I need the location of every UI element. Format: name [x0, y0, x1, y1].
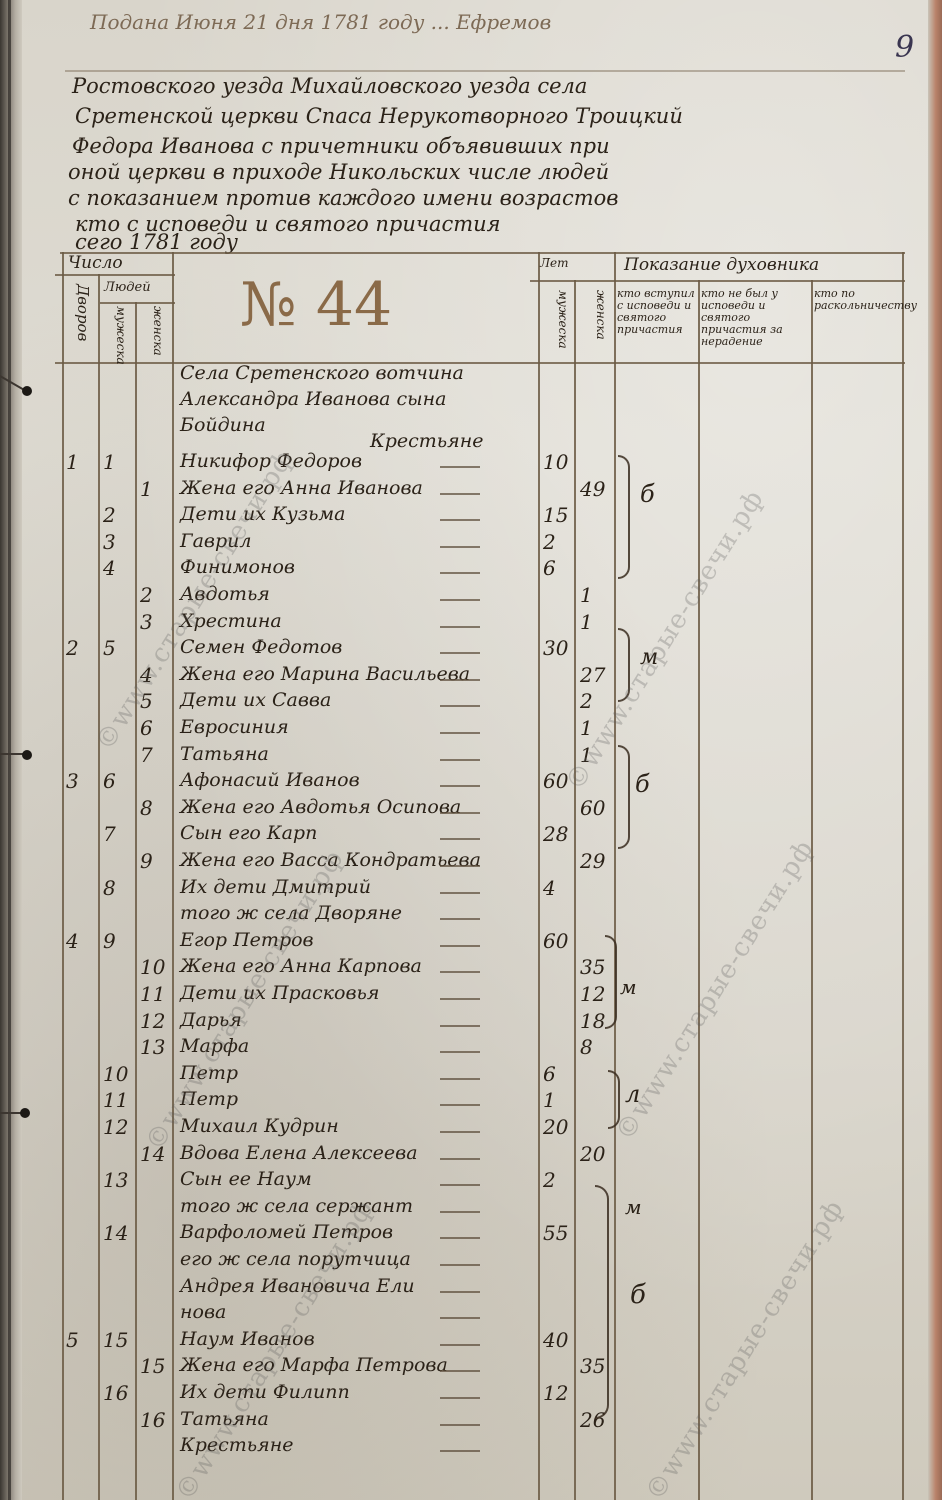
filler-dash — [440, 1397, 480, 1399]
filler-dash — [440, 679, 480, 681]
filler-dash — [440, 732, 480, 734]
header-let-m: мужеска — [556, 290, 570, 349]
bracket-mark: б — [630, 1280, 646, 1310]
filler-dash — [440, 652, 480, 654]
female-count: 9 — [140, 849, 153, 873]
filler-dash — [440, 1025, 480, 1027]
filler-dash — [440, 918, 480, 920]
dvor-number: 5 — [66, 1328, 79, 1352]
filler-dash — [440, 599, 480, 601]
age-male: 30 — [543, 636, 568, 660]
header-chislo: Число — [68, 253, 123, 273]
column-border — [811, 280, 813, 1500]
filler-dash — [440, 812, 480, 814]
filler-dash — [440, 1317, 480, 1319]
filler-dash — [440, 1211, 480, 1213]
header-dvorov: Дворов — [74, 284, 92, 341]
male-count: 6 — [103, 769, 116, 793]
dvor-number: 1 — [66, 450, 79, 474]
person-name: Дети их Прасковья — [180, 982, 379, 1004]
binding-hole — [22, 386, 32, 396]
filler-dash — [440, 1344, 480, 1346]
filler-dash — [440, 1424, 480, 1426]
age-female: 35 — [580, 955, 605, 979]
table-rule — [55, 274, 175, 276]
header-pokazanie: Показание духовника — [624, 255, 819, 275]
filler-dash — [440, 971, 480, 973]
age-male: 6 — [543, 556, 556, 580]
age-female: 20 — [580, 1142, 605, 1166]
age-female: 29 — [580, 849, 605, 873]
header-line: Ростовского уезда Михайловского уезда се… — [72, 74, 587, 98]
filler-dash — [440, 546, 480, 548]
header-zhenska: женска — [151, 306, 165, 356]
person-name: Вдова Елена Алексеева — [180, 1142, 418, 1164]
dvor-number: 4 — [66, 929, 79, 953]
age-female: 2 — [580, 689, 593, 713]
dvor-number: 2 — [66, 636, 79, 660]
book-spine — [0, 0, 22, 1500]
filler-dash — [440, 1078, 480, 1080]
watermark: ©www.старые-свечи.рф — [640, 1195, 850, 1500]
header-col-b: кто не был у исповеди и святого причасти… — [701, 288, 809, 348]
header-line: Федора Иванова с причетники объявивших п… — [72, 134, 610, 158]
female-count: 12 — [140, 1009, 165, 1033]
age-male: 40 — [543, 1328, 568, 1352]
table-rule — [100, 302, 175, 304]
column-border — [98, 274, 100, 1500]
age-male: 2 — [543, 530, 556, 554]
filler-dash — [440, 1184, 480, 1186]
male-count: 12 — [103, 1115, 128, 1139]
person-name: Татьяна — [180, 743, 269, 765]
age-male: 15 — [543, 503, 568, 527]
age-male: 60 — [543, 929, 568, 953]
age-male: 6 — [543, 1062, 556, 1086]
filler-dash — [440, 892, 480, 894]
bracket — [595, 1185, 609, 1419]
female-count: 2 — [140, 583, 153, 607]
age-male: 2 — [543, 1168, 556, 1192]
watermark: ©www.старые-свечи.рф — [560, 485, 770, 796]
filler-dash — [440, 1450, 480, 1452]
filler-dash — [440, 1291, 480, 1293]
header-lyudei: Людей — [104, 280, 151, 295]
bracket-mark: м — [620, 975, 637, 999]
male-count: 10 — [103, 1062, 128, 1086]
filler-dash — [440, 1264, 480, 1266]
filler-dash — [440, 1158, 480, 1160]
female-count: 3 — [140, 610, 153, 634]
person-name: Сын его Карп — [180, 822, 317, 844]
age-female: 8 — [580, 1035, 593, 1059]
register-number: № 44 — [240, 270, 392, 340]
header-muzheska: мужеска — [114, 306, 128, 365]
person-name: Жена его Анна Иванова — [180, 477, 423, 499]
person-name: нова — [180, 1301, 226, 1323]
dvor-number: 3 — [66, 769, 79, 793]
table-top-rule — [60, 252, 905, 254]
male-count: 8 — [103, 876, 116, 900]
female-count: 11 — [140, 982, 165, 1006]
header-line: сего 1781 году — [75, 230, 238, 254]
watermark: ©www.старые-свечи.рф — [610, 835, 820, 1146]
filler-dash — [440, 519, 480, 521]
column-border — [172, 252, 174, 1500]
male-count: 7 — [103, 822, 116, 846]
column-border — [698, 280, 700, 1500]
age-male: 1 — [543, 1088, 556, 1112]
person-name: Сын ее Наум — [180, 1168, 312, 1190]
filler-dash — [440, 572, 480, 574]
female-count: 7 — [140, 743, 153, 767]
person-name: Жена его Анна Карпова — [180, 955, 422, 977]
header-col-a: кто вступил с исповеди и святого причаст… — [617, 288, 697, 336]
filler-dash — [440, 1051, 480, 1053]
male-count: 5 — [103, 636, 116, 660]
person-name: Их дети Дмитрий — [180, 876, 371, 898]
header-col-c: кто по раскольничеству — [814, 288, 900, 312]
male-count: 13 — [103, 1168, 128, 1192]
age-female: 18 — [580, 1009, 605, 1033]
age-female: 1 — [580, 610, 593, 634]
age-male: 28 — [543, 822, 568, 846]
column-border — [135, 302, 137, 1500]
male-count: 1 — [103, 450, 116, 474]
binding-hole — [20, 1108, 30, 1118]
female-count: 15 — [140, 1354, 165, 1378]
filler-dash — [440, 759, 480, 761]
female-count: 16 — [140, 1408, 165, 1432]
filler-dash — [440, 838, 480, 840]
age-male: 20 — [543, 1115, 568, 1139]
age-female: 1 — [580, 583, 593, 607]
person-name: Дети их Савва — [180, 689, 331, 711]
age-male: 10 — [543, 450, 568, 474]
person-name: того ж села сержант — [180, 1195, 413, 1217]
filler-dash — [440, 785, 480, 787]
filler-dash — [440, 705, 480, 707]
person-name: Афонасий Иванов — [180, 769, 360, 791]
age-female: 27 — [580, 663, 605, 687]
male-count: 16 — [103, 1381, 128, 1405]
male-count: 14 — [103, 1221, 128, 1245]
group-heading: Крестьяне — [370, 430, 483, 452]
filler-dash — [440, 1104, 480, 1106]
header-rule — [65, 70, 905, 72]
person-name: его ж села порутчица — [180, 1248, 411, 1270]
column-border — [62, 252, 64, 1500]
filler-dash — [440, 945, 480, 947]
top-note: Подана Июня 21 дня 1781 году ... Ефремов — [90, 10, 551, 34]
bracket-mark: б — [635, 770, 650, 798]
person-name: Жена его Марина Васильева — [180, 663, 470, 685]
header-let: Лет — [540, 256, 569, 270]
age-female: 60 — [580, 796, 605, 820]
female-count: 1 — [140, 477, 153, 501]
age-male: 4 — [543, 876, 556, 900]
filler-dash — [440, 626, 480, 628]
header-line: с показанием против каждого имени возрас… — [68, 186, 619, 210]
header-line: Сретенской церкви Спаса Нерукотворного Т… — [75, 104, 683, 128]
filler-dash — [440, 865, 480, 867]
binding-hole — [22, 750, 32, 760]
header-line: оной церкви в приходе Никольских числе л… — [68, 160, 609, 184]
male-count: 2 — [103, 503, 116, 527]
female-count: 10 — [140, 955, 165, 979]
binding-edge — [8, 0, 11, 1500]
filler-dash — [440, 1370, 480, 1372]
age-female: 12 — [580, 982, 605, 1006]
filler-dash — [440, 998, 480, 1000]
age-male: 12 — [543, 1381, 568, 1405]
bracket — [618, 455, 630, 579]
bracket-mark: м — [625, 1195, 642, 1219]
filler-dash — [440, 1131, 480, 1133]
bracket — [605, 935, 617, 1029]
document-page: Подана Июня 21 дня 1781 году ... Ефремов… — [0, 0, 942, 1500]
filler-dash — [440, 1237, 480, 1239]
person-name: Семен Федотов — [180, 636, 342, 658]
male-count: 15 — [103, 1328, 128, 1352]
male-count: 9 — [103, 929, 116, 953]
age-female: 49 — [580, 477, 605, 501]
page-edge — [928, 0, 942, 1500]
female-count: 6 — [140, 716, 153, 740]
person-name: Жена его Авдотья Осипова — [180, 796, 461, 818]
page-number: 9 — [895, 30, 914, 65]
age-male: 55 — [543, 1221, 568, 1245]
column-border — [902, 252, 904, 1500]
male-count: 4 — [103, 556, 116, 580]
filler-dash — [440, 466, 480, 468]
female-count: 8 — [140, 796, 153, 820]
female-count: 13 — [140, 1035, 165, 1059]
bracket-mark: б — [640, 480, 655, 508]
person-name: Михаил Кудрин — [180, 1115, 339, 1137]
person-name: Евросиния — [180, 716, 289, 738]
column-border — [574, 280, 576, 1500]
bracket — [618, 745, 630, 849]
column-border — [538, 252, 540, 1500]
column-border — [614, 252, 616, 1500]
section-title: Села Сретенского вотчина Александра Иван… — [180, 360, 530, 438]
male-count: 11 — [103, 1088, 128, 1112]
header-let-f: женска — [594, 290, 608, 340]
person-name: Жена его Марфа Петрова — [180, 1354, 448, 1376]
table-rule — [530, 280, 905, 282]
male-count: 3 — [103, 530, 116, 554]
filler-dash — [440, 493, 480, 495]
